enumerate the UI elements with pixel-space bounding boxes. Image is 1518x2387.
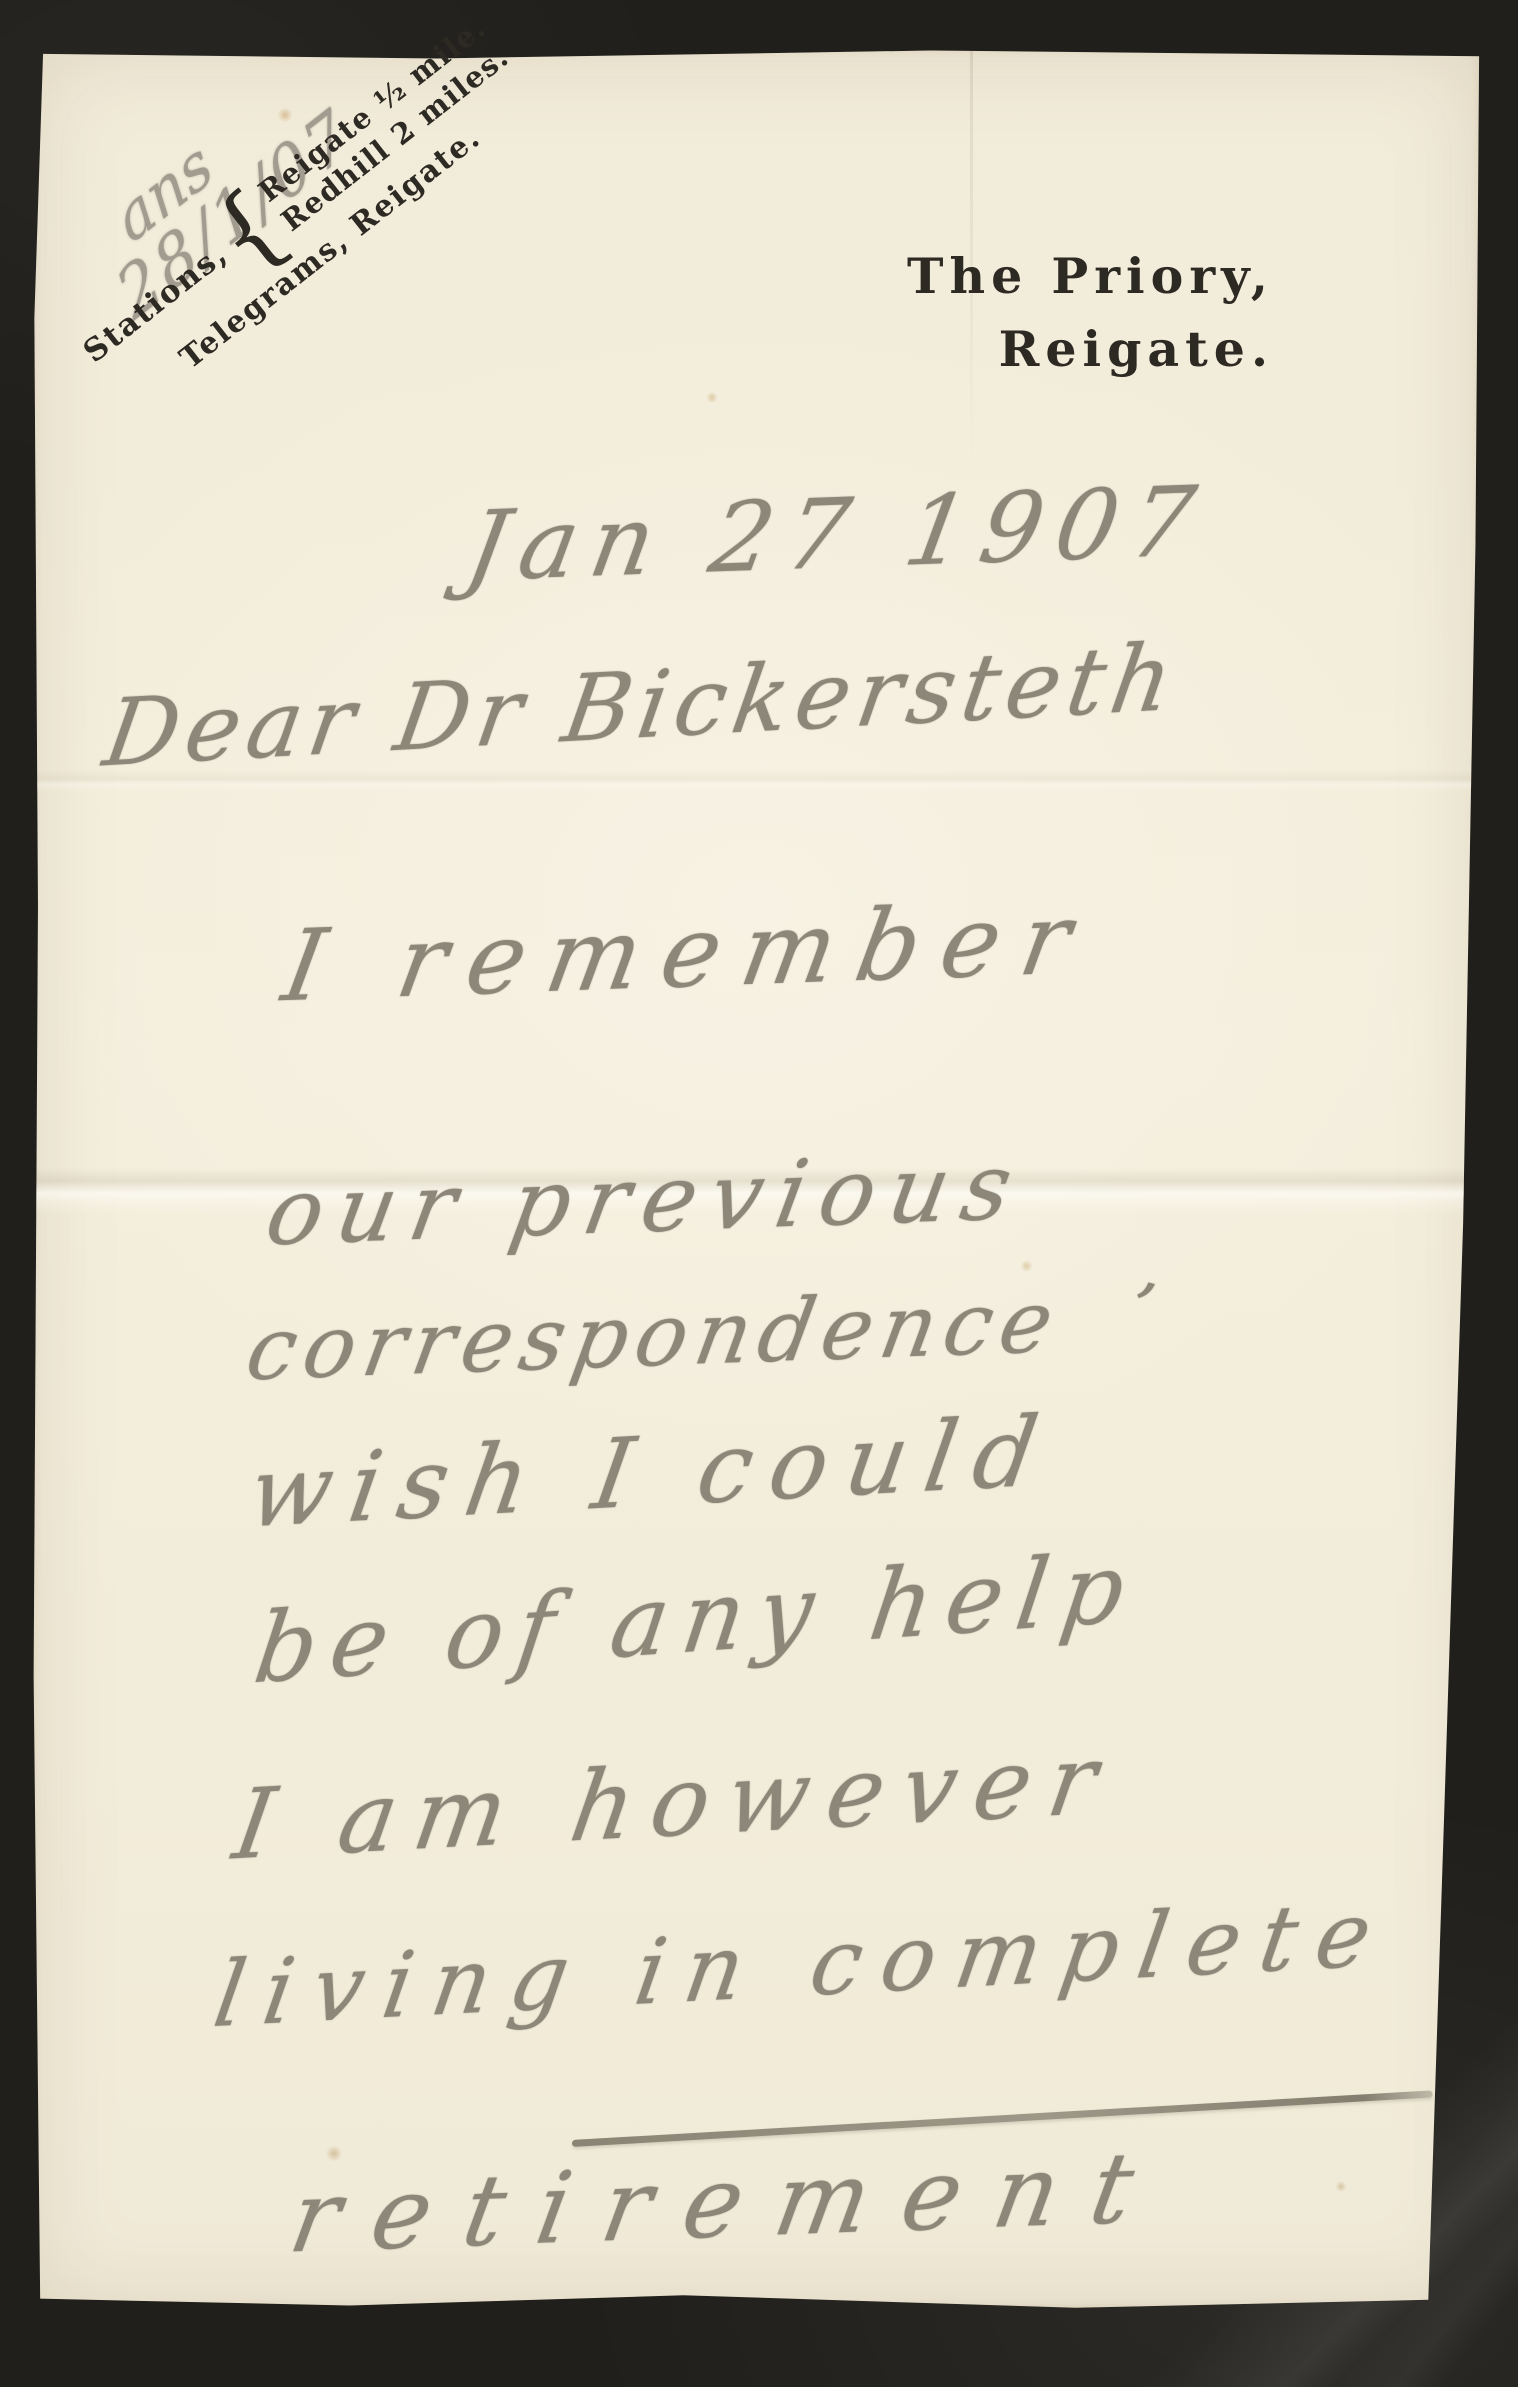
- foxing-spot: [1020, 1260, 1033, 1272]
- address-line-reigate: Reigate.: [907, 325, 1274, 374]
- foxing-spot: [1335, 2181, 1347, 2192]
- scan-mount-background: ans 28/1/07 Stations, { Reigate ½ mile. …: [0, 0, 1518, 2387]
- foxing-spot: [706, 392, 718, 403]
- letterhead-address: The Priory, Reigate.: [907, 252, 1274, 374]
- address-line-priory: The Priory,: [907, 252, 1274, 301]
